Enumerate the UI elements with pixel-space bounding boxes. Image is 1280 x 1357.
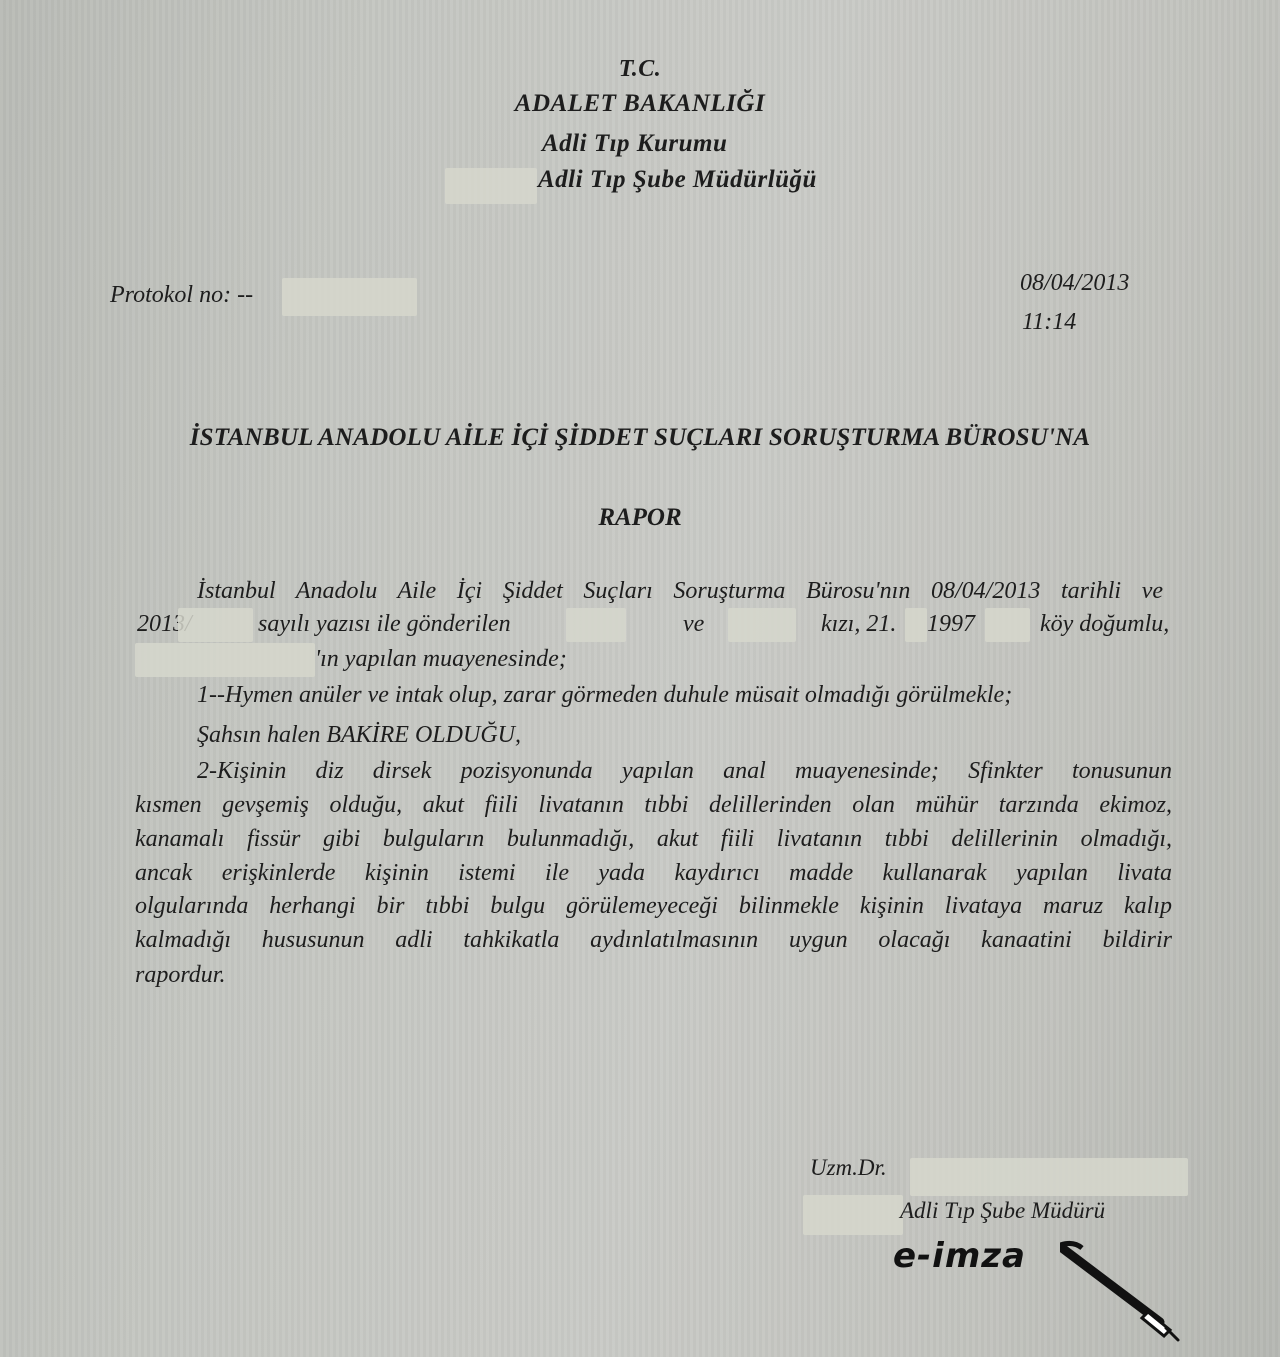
finding-2-line: kısmen gevşemiş olduğu, akut fiili livat… bbox=[135, 792, 1172, 819]
report-date: 08/04/2013 bbox=[1020, 270, 1129, 297]
header-branch: Adli Tıp Şube Müdürlüğü bbox=[538, 166, 817, 194]
finding-2-line: kanamalı fissür gibi bulguların bulunmad… bbox=[135, 826, 1172, 853]
e-signature-label: e-imza bbox=[893, 1236, 1026, 1276]
finding-2-line: ancak erişkinlerde kişinin istemi ile ya… bbox=[135, 860, 1172, 887]
header-ministry: ADALET BAKANLIĞI bbox=[0, 90, 1280, 118]
redaction bbox=[985, 608, 1030, 642]
report-title: RAPOR bbox=[0, 504, 1280, 532]
report-time: 11:14 bbox=[1022, 309, 1076, 336]
redaction bbox=[728, 608, 796, 642]
header-tc: T.C. bbox=[0, 56, 1280, 83]
intro-line-2-birthplace: köy doğumlu, bbox=[1040, 611, 1169, 638]
intro-line-2-and: ve bbox=[683, 611, 704, 638]
finding-1-conclusion: Şahsın halen BAKİRE OLDUĞU, bbox=[197, 722, 521, 749]
intro-line-1: İstanbul Anadolu Aile İçi Şiddet Suçları… bbox=[197, 578, 1163, 605]
protocol-label: Protokol no: -- bbox=[110, 282, 253, 309]
addressee: İSTANBUL ANADOLU AİLE İÇİ ŞİDDET SUÇLARI… bbox=[0, 424, 1280, 452]
signature-title: Uzm.Dr. bbox=[810, 1155, 887, 1181]
finding-2-line: rapordur. bbox=[135, 962, 1175, 989]
redaction bbox=[910, 1158, 1188, 1196]
redaction bbox=[178, 608, 253, 642]
redaction bbox=[905, 608, 927, 642]
redaction bbox=[282, 278, 417, 316]
finding-2-line: 2-Kişinin diz dirsek pozisyonunda yapıla… bbox=[197, 758, 1172, 785]
intro-line-2-text: sayılı yazısı ile gönderilen bbox=[258, 611, 511, 638]
redaction bbox=[566, 608, 626, 642]
redaction bbox=[445, 168, 537, 204]
redaction bbox=[135, 643, 315, 677]
finding-2-line: olgularında herhangi bir tıbbi bulgu gör… bbox=[135, 893, 1172, 920]
intro-line-3: 'ın yapılan muayenesinde; bbox=[315, 646, 567, 673]
pen-icon bbox=[1060, 1240, 1185, 1345]
header-institution: Adli Tıp Kurumu bbox=[542, 130, 727, 158]
finding-2-line: kalmadığı hususunun adli tahkikatla aydı… bbox=[135, 927, 1172, 954]
finding-1: 1--Hymen anüler ve intak olup, zarar gör… bbox=[197, 682, 1167, 709]
intro-line-2-daughter: kızı, 21. bbox=[821, 611, 896, 638]
intro-line-2-year: 1997 bbox=[927, 611, 975, 638]
redaction bbox=[803, 1195, 903, 1235]
signature-position: Adli Tıp Şube Müdürü bbox=[900, 1198, 1105, 1224]
paper-background bbox=[0, 0, 1280, 1357]
